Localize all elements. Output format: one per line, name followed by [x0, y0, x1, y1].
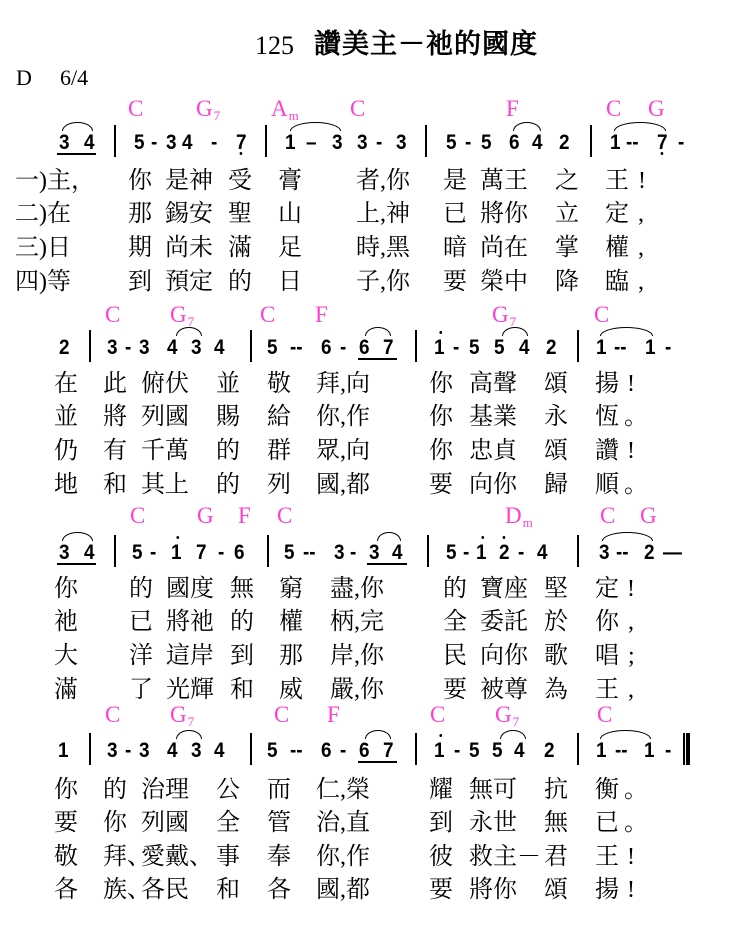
lyric-syllable: 定 [605, 202, 629, 226]
lyric-syllable: 國,都 [316, 473, 370, 497]
lyric-syllable: 柄,完 [330, 610, 384, 634]
duration-dash: - [211, 132, 217, 153]
lyric-syllable: 並 [216, 372, 240, 396]
key-signature: D [16, 67, 32, 89]
lyric-syllable: 上,神 [356, 202, 410, 226]
lyric-syllable: 要 [429, 878, 453, 902]
note-glyph: -- [303, 541, 316, 564]
lyric-syllable: 揚 [595, 878, 619, 902]
lyric-syllable: 忠貞 [469, 439, 517, 463]
lyric-syllable: 膏 [278, 169, 302, 193]
jianpu-note: 3 [369, 542, 380, 563]
chord-root: C [606, 96, 621, 121]
note-glyph: 5 [284, 541, 295, 564]
jianpu-note: 1 [476, 542, 487, 563]
jianpu-note: 6 [359, 337, 370, 358]
lyric-syllable: 和 [103, 473, 127, 497]
lyric-syllable: 權 [605, 236, 629, 260]
lyric-syllable: 你,作 [316, 405, 370, 429]
jianpu-note: 4 [182, 132, 193, 153]
lyric-syllable: 千萬 [141, 439, 189, 463]
lyric-syllable: 賜 [216, 405, 240, 429]
jianpu-note: 1 [434, 337, 445, 358]
lyric-syllable: 盡,你 [330, 577, 384, 601]
note-glyph: -- [616, 541, 629, 564]
jianpu-note: 7 [383, 740, 394, 761]
note-glyph: 4 [519, 336, 530, 359]
lyric-syllable: 抗 [544, 778, 568, 802]
lyric-syllable: 尚未 [165, 236, 213, 260]
lyric-syllable: 事 [216, 845, 240, 869]
lyric-syllable: , [628, 610, 634, 634]
lyric-syllable: 要 [54, 811, 78, 835]
note-glyph: 4 [84, 131, 95, 154]
duration-dash: - [150, 542, 156, 563]
note-glyph: 7 [236, 131, 247, 154]
jianpu-note: 5 [469, 740, 480, 761]
note-glyph: 6 [321, 739, 332, 762]
barline [577, 733, 579, 765]
lyric-syllable: 衡 [595, 778, 619, 802]
note-glyph: 2 [499, 541, 510, 564]
note-glyph: 3 [139, 739, 150, 762]
lyric-syllable: 尚在 [480, 236, 528, 260]
jianpu-note: 5 [492, 740, 503, 761]
jianpu-note: 4 [532, 132, 543, 153]
lyric-syllable: 萬王 [480, 169, 528, 193]
note-glyph: 1 [644, 739, 655, 762]
note-glyph: - [350, 541, 356, 564]
note-glyph: 1 [434, 739, 445, 762]
chord-quality: m [289, 108, 299, 123]
chord-root: G [170, 702, 187, 727]
lyric-syllable: 俯伏 [141, 372, 189, 396]
jianpu-note: 7 [657, 132, 668, 153]
lyric-syllable: 已 [595, 811, 619, 835]
final-barline-thin [683, 733, 685, 765]
note-glyph: - [340, 336, 346, 359]
barline [415, 330, 417, 362]
note-glyph: - [376, 131, 382, 154]
duration-dash: - [125, 337, 131, 358]
lyric-syllable: 的 [216, 473, 240, 497]
octave-dot-above-icon [439, 331, 442, 334]
lyric-syllable: 聖 [228, 202, 252, 226]
note-glyph: 3 [139, 336, 150, 359]
lyric-syllable: 並 [54, 405, 78, 429]
lyric-syllable: 的 [230, 610, 254, 634]
chord-root: F [327, 702, 340, 727]
note-glyph: 1 [285, 131, 296, 154]
note-glyph: 5 [446, 541, 457, 564]
chord-symbol: Am [271, 97, 299, 123]
beam-underline [367, 563, 407, 565]
jianpu-note: 3 [107, 337, 118, 358]
note-glyph: - [211, 131, 217, 154]
note-glyph: - [151, 131, 157, 154]
lyric-syllable: 的 [103, 778, 127, 802]
lyric-syllable: 期 [128, 236, 152, 260]
lyric-syllable: 給 [267, 405, 291, 429]
note-glyph: - [340, 739, 346, 762]
note-glyph: -- [290, 336, 303, 359]
lyric-syllable: 彼 [429, 845, 453, 869]
lyric-syllable: 定 [595, 577, 619, 601]
lyric-syllable: 永 [544, 405, 568, 429]
note-glyph: - [150, 541, 156, 564]
chord-root: G [492, 302, 509, 327]
note-glyph: -- [614, 336, 627, 359]
lyric-syllable: 王 [605, 169, 629, 193]
chord-quality: m [523, 515, 533, 530]
jianpu-note: 1 [644, 740, 655, 761]
chord-root: G [648, 96, 665, 121]
lyric-syllable: 要 [443, 270, 467, 294]
slur-arc [176, 327, 202, 336]
note-glyph: - [465, 131, 471, 154]
jianpu-note: 3 [599, 542, 610, 563]
lyric-syllable: 你 [429, 405, 453, 429]
lyric-syllable: 那 [128, 202, 152, 226]
jianpu-note: 4 [84, 542, 95, 563]
barline [590, 125, 592, 157]
lyric-syllable: ; [628, 644, 635, 668]
chord-root: F [315, 302, 328, 327]
note-glyph: 3 [332, 131, 343, 154]
chord-symbol: F [315, 303, 328, 326]
lyric-syllable: 三)日 [15, 236, 71, 260]
note-glyph: 5 [267, 336, 278, 359]
jianpu-note: 3 [139, 337, 150, 358]
lyric-syllable: 拜,向 [316, 372, 370, 396]
chord-root: C [130, 503, 145, 528]
lyric-syllable: 被尊 [480, 678, 528, 702]
chord-symbol: F [506, 97, 519, 120]
barline [250, 330, 252, 362]
duration-dash: - [665, 740, 671, 761]
jianpu-note: 1 [285, 132, 296, 153]
note-glyph: -- [290, 739, 303, 762]
lyric-syllable: 列 [267, 473, 291, 497]
note-glyph: 4 [537, 541, 548, 564]
lyric-syllable: 之 [555, 169, 579, 193]
lyric-syllable: 向你 [469, 473, 517, 497]
lyric-syllable: 要 [429, 473, 453, 497]
hymn-title: 讚美主－祂的國度 [314, 31, 538, 58]
slur-arc [176, 730, 202, 739]
lyric-syllable: 二)在 [15, 202, 71, 226]
lyric-syllable: 光輝 [166, 678, 214, 702]
lyric-syllable: 的 [129, 577, 153, 601]
jianpu-note: 4 [84, 132, 95, 153]
chord-symbol: C [594, 303, 609, 326]
octave-dot-above-icon [481, 536, 484, 539]
lyric-syllable: 你 [128, 169, 152, 193]
note-glyph: 3 [369, 541, 380, 564]
note-glyph: 7 [196, 541, 207, 564]
lyric-syllable: 委託 [480, 610, 528, 634]
beam-underline [57, 153, 96, 155]
lyric-syllable: 已 [443, 202, 467, 226]
chord-root: G [640, 503, 657, 528]
lyric-syllable: 權 [279, 610, 303, 634]
duration-dash: — [663, 542, 682, 563]
duration-dash: -- [290, 740, 303, 761]
chord-symbol: G7 [492, 303, 516, 329]
note-glyph: 2 [644, 541, 655, 564]
lyric-syllable: , [638, 236, 644, 260]
jianpu-note: 7 [196, 542, 207, 563]
beam-underline [358, 358, 397, 360]
lyric-syllable: 將 [103, 405, 127, 429]
duration-dash: - [340, 740, 346, 761]
note-glyph: 7 [383, 336, 394, 359]
octave-dot-below-icon [240, 152, 243, 155]
jianpu-note: 3 [332, 132, 343, 153]
lyric-syllable: 王 [595, 678, 619, 702]
duration-dash: - [465, 132, 471, 153]
lyric-syllable: 歌 [544, 644, 568, 668]
lyric-syllable: 榮中 [480, 270, 528, 294]
note-glyph: 1 [476, 541, 487, 564]
duration-dash: -- [614, 337, 627, 358]
note-glyph: 7 [383, 739, 394, 762]
jianpu-note: 5 [132, 542, 143, 563]
jianpu-note: 7 [236, 132, 247, 153]
jianpu-note: 1 [596, 740, 607, 761]
jianpu-note: 4 [537, 542, 548, 563]
jianpu-note: 6 [321, 337, 332, 358]
duration-dash: - [151, 132, 157, 153]
lyric-syllable: 讚 [595, 439, 619, 463]
lyric-syllable: 敬 [267, 372, 291, 396]
jianpu-note: 3 [357, 132, 368, 153]
lyric-syllable: 其上 [141, 473, 189, 497]
note-glyph: – [306, 131, 317, 154]
lyric-syllable: 威 [279, 678, 303, 702]
slur-arc [62, 122, 93, 131]
chord-symbol: C [130, 504, 145, 527]
lyric-syllable: 王 [595, 845, 619, 869]
lyric-syllable: , [628, 678, 634, 702]
chord-root: A [271, 96, 288, 121]
note-glyph: - [665, 739, 671, 762]
note-glyph: - [453, 336, 459, 359]
lyric-syllable: 和 [216, 878, 240, 902]
chord-symbol: C [274, 703, 289, 726]
duration-dash: - [350, 542, 356, 563]
jianpu-note: 6 [321, 740, 332, 761]
chord-root: C [260, 302, 275, 327]
lyric-syllable: 在 [54, 372, 78, 396]
chord-root: C [277, 503, 292, 528]
chord-root: F [238, 503, 251, 528]
lyric-syllable: 仁,榮 [316, 778, 370, 802]
lyric-syllable: 此 [103, 372, 127, 396]
jianpu-note: 1 [645, 337, 656, 358]
lyric-syllable: 是神 [165, 169, 213, 193]
lyric-syllable: 列國 [141, 405, 189, 429]
slur-arc [500, 730, 526, 739]
slur-arc [602, 532, 653, 541]
jianpu-note: 3 [166, 132, 177, 153]
duration-dash: - [453, 337, 459, 358]
lyric-syllable: 奉 [267, 845, 291, 869]
barline [427, 535, 429, 567]
lyric-syllable: 暗 [443, 236, 467, 260]
lyric-syllable: 救主－ [469, 845, 541, 869]
lyric-syllable: 愛戴、 [141, 845, 213, 869]
note-glyph: - [125, 336, 131, 359]
lyric-syllable: 你 [595, 610, 619, 634]
jianpu-note: 3 [59, 132, 70, 153]
jianpu-note: 2 [59, 337, 70, 358]
lyric-syllable: 錫安 [165, 202, 213, 226]
note-glyph: 5 [494, 336, 505, 359]
chord-root: C [430, 702, 445, 727]
lyric-syllable: 時,黑 [356, 236, 410, 260]
jianpu-note: 4 [519, 337, 530, 358]
jianpu-note: 5 [446, 542, 457, 563]
chord-root: C [350, 96, 365, 121]
duration-dash: -- [303, 542, 316, 563]
note-glyph: 3 [166, 131, 177, 154]
chord-quality: 7 [513, 714, 520, 729]
lyric-syllable: 已 [129, 610, 153, 634]
chord-symbol: C [600, 504, 615, 527]
chord-symbol: C [606, 97, 621, 120]
lyric-syllable: 的 [216, 439, 240, 463]
note-glyph: 4 [167, 739, 178, 762]
chord-symbol: C [597, 703, 612, 726]
lyric-syllable: 公 [216, 778, 240, 802]
chord-symbol: C [260, 303, 275, 326]
chord-root: C [594, 302, 609, 327]
octave-dot-below-icon [661, 152, 664, 155]
note-glyph: 2 [544, 739, 555, 762]
lyric-syllable: 洋 [129, 644, 153, 668]
lyric-syllable: 基業 [469, 405, 517, 429]
lyric-syllable: 你 [54, 577, 78, 601]
lyric-syllable: 。 [624, 811, 648, 835]
slur-arc [502, 327, 528, 336]
jianpu-note: 6 [359, 740, 370, 761]
duration-dash: - [678, 132, 684, 153]
note-glyph: 3 [59, 541, 70, 564]
barline [114, 125, 116, 157]
lyric-syllable: ! [638, 169, 646, 193]
jianpu-note: 5 [469, 337, 480, 358]
lyric-syllable: 日 [278, 270, 302, 294]
chord-root: C [105, 302, 120, 327]
chord-quality: 7 [188, 714, 195, 729]
chord-symbol: C [430, 703, 445, 726]
lyric-syllable: 各 [54, 878, 78, 902]
lyric-syllable: 將你 [480, 202, 528, 226]
duration-dash: -- [615, 740, 628, 761]
lyric-syllable: 將祂 [166, 610, 214, 634]
lyric-syllable: 敬 [54, 845, 78, 869]
note-glyph: 1 [58, 739, 69, 762]
jianpu-note: 3 [59, 542, 70, 563]
lyric-syllable: 頌 [544, 439, 568, 463]
lyric-syllable: ! [627, 372, 635, 396]
slur-arc [614, 122, 666, 131]
barline [89, 733, 91, 765]
hymn-score: 125 讚美主－祂的國度 D 6/4 CG7AmCFCG345-34-71–33… [0, 0, 731, 952]
lyric-syllable: 民 [443, 644, 467, 668]
lyric-syllable: 群 [267, 439, 291, 463]
chord-root: D [505, 503, 522, 528]
jianpu-note: 5 [267, 740, 278, 761]
lyric-syllable: 將你 [469, 878, 517, 902]
note-glyph: - [518, 541, 524, 564]
note-glyph: 4 [214, 739, 225, 762]
note-glyph: — [663, 541, 682, 564]
jianpu-note: 5 [481, 132, 492, 153]
note-glyph: - [454, 739, 460, 762]
note-glyph: 4 [214, 336, 225, 359]
lyric-syllable: 唱 [595, 644, 619, 668]
slur-arc [377, 532, 401, 541]
chord-symbol: G [197, 504, 214, 527]
note-glyph: 6 [359, 336, 370, 359]
note-glyph: 1 [434, 336, 445, 359]
lyric-syllable: 受 [228, 169, 252, 193]
lyric-syllable: 子,你 [356, 270, 410, 294]
jianpu-note: 1 [596, 337, 607, 358]
note-glyph: 1 [171, 541, 182, 564]
jianpu-note: 3 [191, 337, 202, 358]
jianpu-note: 1 [610, 132, 621, 153]
chord-symbol: C [277, 504, 292, 527]
note-glyph: - [125, 739, 131, 762]
note-glyph: 1 [645, 336, 656, 359]
lyric-syllable: ! [627, 439, 635, 463]
note-glyph: -- [615, 739, 628, 762]
slur-arc [600, 730, 651, 739]
lyric-syllable: 這岸 [166, 644, 214, 668]
slur-arc [365, 730, 391, 739]
note-glyph: 4 [167, 336, 178, 359]
note-glyph: 3 [191, 739, 202, 762]
note-glyph: 5 [446, 131, 457, 154]
lyric-syllable: 是 [443, 169, 467, 193]
jianpu-note: 4 [214, 740, 225, 761]
lyric-syllable: 無 [544, 811, 568, 835]
jianpu-note: 7 [383, 337, 394, 358]
chord-symbol: C [105, 303, 120, 326]
barline [577, 535, 579, 567]
lyric-syllable: 那 [279, 644, 303, 668]
jianpu-note: 5 [494, 337, 505, 358]
lyric-syllable: 全 [443, 610, 467, 634]
lyric-syllable: 山 [278, 202, 302, 226]
lyric-syllable: 揚 [595, 372, 619, 396]
duration-dash: -- [626, 132, 639, 153]
lyric-syllable: 和 [230, 678, 254, 702]
lyric-syllable: 你 [54, 778, 78, 802]
note-glyph: 1 [596, 336, 607, 359]
chord-root: G [197, 503, 214, 528]
duration-dash: - [340, 337, 346, 358]
note-glyph: 5 [267, 739, 278, 762]
lyric-syllable: 眾,向 [316, 439, 370, 463]
slur-arc [365, 327, 391, 336]
jianpu-note: 2 [544, 740, 555, 761]
lyric-syllable: 你,作 [316, 845, 370, 869]
chord-symbol: G7 [196, 97, 220, 123]
